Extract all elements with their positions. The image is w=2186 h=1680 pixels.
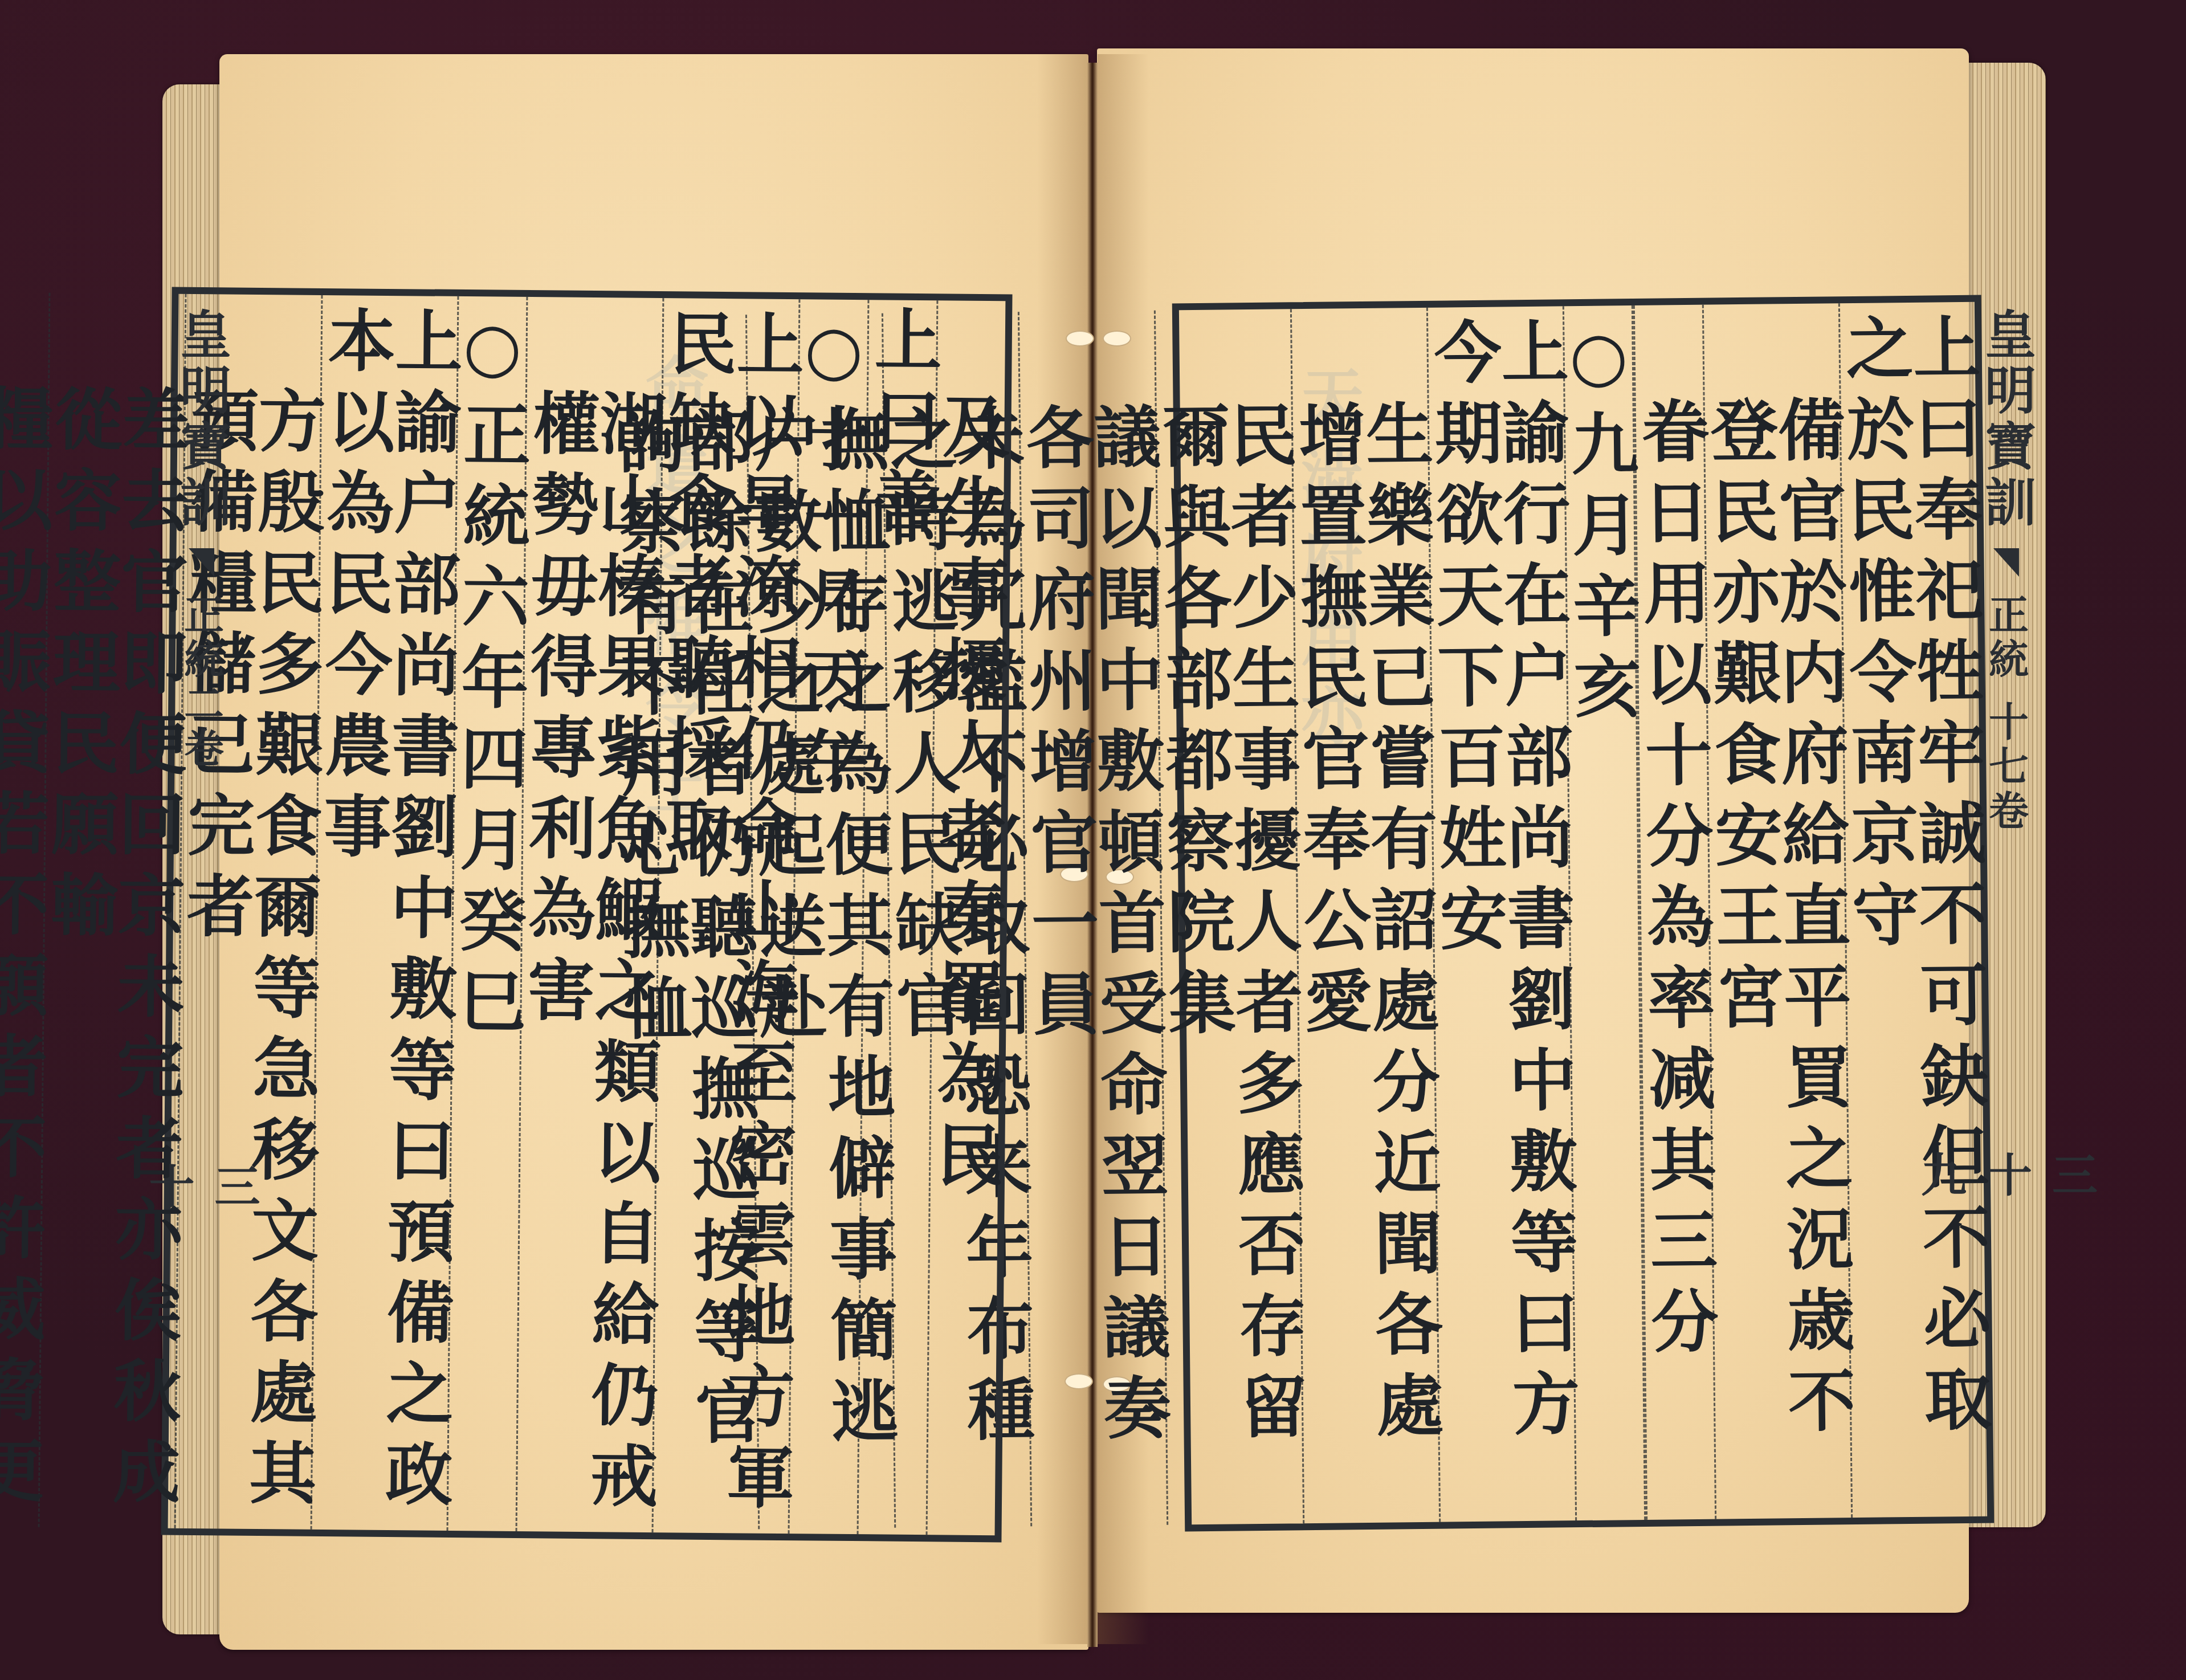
column-text: 糧以助賑貸若不願者不許威脅更須嚴約下人無令 (0, 383, 48, 1527)
text-column: 備官於内府給直平買之況歳不登民亦艱食安王宮 (1702, 303, 1851, 1519)
margin-book-title: 皇明寶訓 (1969, 308, 2043, 531)
text-column: 糧以助賑貸若不願者不許威脅更須嚴約下人無令 (0, 292, 48, 1527)
text-column: 湖山榛果紫魚鰕之類以自給仍戒權勢毋得專利為害 (516, 297, 663, 1532)
fish-tail-mark-icon (1993, 548, 2019, 577)
column-text: 民者少生事擾人者多應否存留爾與各部都察院集 (1157, 400, 1303, 1524)
column-text: ○十一月丙午 (796, 309, 868, 808)
text-column: 眷日用以十分為率减其三分 (1633, 305, 1715, 1520)
right-page-text-frame: 上曰奉祀牲牢誠不可鈌但不必取之於民惟令南京守 備官於内府給直平買之況歳不登民亦艱… (1172, 295, 1994, 1532)
right-page-margin-label: 皇明寶訓 正統 十七卷 三十九 (1977, 308, 2034, 834)
text-column: 上諭户部尚書劉中敷等曰預備之政本以為民今農事 (311, 295, 458, 1531)
right-page-columns: 上曰奉祀牲牢誠不可鈌但不必取之於民惟令南京守 備官於内府給直平買之況歳不登民亦艱… (1179, 302, 1987, 1525)
column-text: 生樂業已嘗有詔處分近聞各處增置撫民官奉公愛 (1293, 399, 1439, 1523)
column-text: ○正統六年四月癸巳 (452, 307, 526, 1047)
text-column: 上以旱潦相仍命山海至密雲地方軍民缺食者聽採取 (652, 298, 799, 1534)
column-text: 上曰善 (867, 304, 937, 548)
left-page-text-frame: 及生事擾人者奏罷為民 上曰善 ○十一月丙午 上以旱潦相仍命山海至密雲地方軍民缺食… (161, 287, 1012, 1543)
column-text: ○九月辛亥 (1564, 316, 1636, 733)
left-page-margin-label: 皇明寶訓 正統二卷 三十 (176, 308, 227, 772)
margin-section: 正統二卷 (173, 594, 230, 772)
column-text: 上曰奉祀牲牢誠不可鈌但不必取之於民惟令南京守 (1840, 312, 1987, 1518)
column-text: 上諭行在户部尚書劉中敷等曰方今期欲天下百姓安 (1428, 316, 1575, 1522)
column-text: 眷日用以十分為率减其三分 (1636, 396, 1714, 1368)
margin-page-number: 三十 (136, 1163, 267, 1208)
left-page-columns: 及生事擾人者奏罷為民 上曰善 ○十一月丙午 上以旱潦相仍命山海至密雲地方軍民缺食… (225, 295, 1006, 1536)
column-text: 湖山榛果紫魚鰕之類以自給仍戒權勢毋得專利為害 (517, 388, 662, 1532)
column-text: 備官於内府給直平買之況歳不登民亦艱食安王宮 (1705, 394, 1851, 1519)
text-column: 議以聞中敷頓首受命翌日議奏各司府州增官一員 (1018, 311, 1167, 1526)
margin-page-number: 三十九 (1908, 1151, 2105, 1197)
text-column: 民者少生事擾人者多應否存留爾與各部都察院集 (1154, 309, 1303, 1524)
text-column: 差去官即便回京未完者亦俟秋成從容整理民願輸 (38, 293, 185, 1528)
column-text: 上諭户部尚書劉中敷等曰預備之政本以為民今農事 (312, 305, 458, 1531)
fish-tail-mark-icon (189, 548, 214, 577)
text-column: 上諭行在户部尚書劉中敷等曰方今期欲天下百姓安 (1426, 306, 1575, 1522)
margin-section: 正統 十七卷 (1977, 594, 2035, 834)
column-text: 上以旱潦相仍命山海至密雲地方軍民缺食者聽採取 (654, 308, 799, 1534)
text-column: 生樂業已嘗有詔處分近聞各處增置撫民官奉公愛 (1290, 308, 1439, 1523)
column-text: 及生事擾人者奏罷為民 (931, 392, 1005, 1201)
column-text: 差去官即便回京未完者亦俟秋成從容整理民願輸 (40, 384, 184, 1528)
text-column: 上曰奉祀牲牢誠不可鈌但不必取之於民惟令南京守 (1838, 302, 1987, 1518)
margin-book-title: 皇明寶訓 (164, 308, 238, 531)
column-text: 議以聞中敷頓首受命翌日議奏各司府州增官一員 (1021, 402, 1167, 1526)
